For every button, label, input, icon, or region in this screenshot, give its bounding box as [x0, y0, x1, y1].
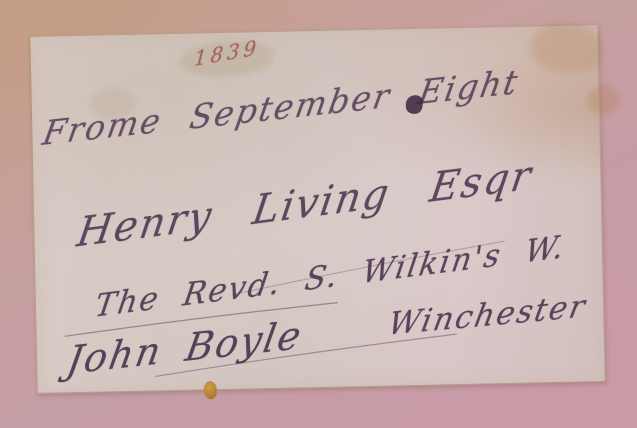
manuscript-card: 1839 Frome September Eight Henry Living … — [29, 24, 605, 394]
photo-background: 1839 Frome September Eight Henry Living … — [0, 0, 637, 428]
